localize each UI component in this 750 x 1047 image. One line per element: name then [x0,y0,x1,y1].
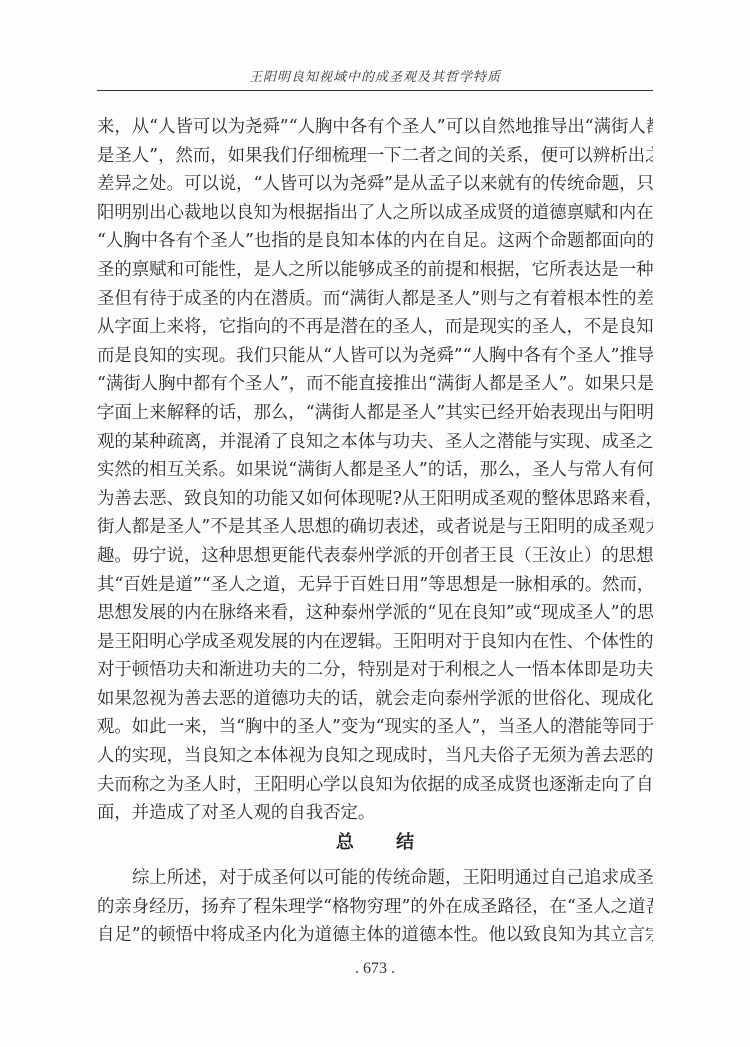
text-line: 街人都是圣人”不是其圣人思想的确切表述，或者说是与王阳明的成圣观大异其 [97,513,653,542]
text-line: 思想发展的内在脉络来看，这种泰州学派的“见在良知”或“现成圣人”的思想 [97,599,653,628]
page-number: . 673 . [0,960,750,978]
text-line: 对于顿悟功夫和渐进功夫的二分，特别是对于利根之人一悟本体即是功夫的褒奖， [97,656,653,685]
text-line: 差异之处。可以说，“人皆可以为尧舜”是从孟子以来就有的传统命题，只是王 [97,170,653,199]
text-line: 为善去恶、致良知的功能又如何体现呢?从王阳明成圣观的整体思路来看，“满 [97,485,653,514]
text-line: 其“百姓是道”“圣人之道，无异于百姓日用”等思想是一脉相承的。然而，从 [97,571,653,600]
text-line: 观。如此一来，当“胸中的圣人”变为“现实的圣人”，当圣人的潜能等同于圣 [97,713,653,742]
text-line: 来，从“人皆可以为尧舜”“人胸中各有个圣人”可以自然地推导出“满街人都 [97,113,653,142]
text-line: 从字面上来将，它指向的不再是潜在的圣人，而是现实的圣人，不是良知潜能， [97,313,653,342]
paragraph-1: 来，从“人皆可以为尧舜”“人胸中各有个圣人”可以自然地推导出“满街人都 是圣人”… [97,113,653,828]
text-line: 是王阳明心学成圣观发展的内在逻辑。王阳明对于良知内在性、个体性的强调， [97,628,653,657]
text-line: 的亲身经历，扬弃了程朱理学“格物穷理”的外在成圣路径，在“圣人之道吾性 [97,893,653,922]
text-line: 阳明别出心裁地以良知为根据指出了人之所以成圣成贤的道德禀赋和内在本质， [97,199,653,228]
text-line: 观的某种疏离，并混淆了良知之本体与功夫、圣人之潜能与实现、成圣之应然与 [97,428,653,457]
paragraph-2: 综上所述，对于成圣何以可能的传统命题，王阳明通过自己追求成圣成贤 的亲身经历，扬… [97,864,653,950]
header-rule [97,90,653,91]
document-page: 王阳明良知视域中的成圣观及其哲学特质 来，从“人皆可以为尧舜”“人胸中各有个圣人… [0,0,750,1047]
text-line: 实然的相互关系。如果说“满街人都是圣人”的话，那么，圣人与常人有何差别? [97,456,653,485]
text-line: 人的实现，当良知之本体视为良知之现成时，当凡夫俗子无须为善去恶的道德功 [97,742,653,771]
text-line: “满街人胸中都有个圣人”，而不能直接推出“满街人都是圣人”。如果只是从 [97,370,653,399]
text-line: 圣的禀赋和可能性，是人之所以能够成圣的前提和根据，它所表达是一种指向成 [97,256,653,285]
text-line: 自足”的顿悟中将成圣内化为道德主体的道德本性。他以致良知为其立言宗旨， [97,921,653,950]
text-line: 而是良知的实现。我们只能从“人皆可以为尧舜”“人胸中各有个圣人”推导出 [97,342,653,371]
section-heading: 总 结 [97,828,653,854]
running-head: 王阳明良知视域中的成圣观及其哲学特质 [97,66,653,85]
text-line: 如果忽视为善去恶的道德功夫的话，就会走向泰州学派的世俗化、现成化的圣人 [97,685,653,714]
text-line: 圣但有待于成圣的内在潜质。而“满街人都是圣人”则与之有着根本性的差异， [97,285,653,314]
text-line: 字面上来解释的话，那么，“满街人都是圣人”其实已经开始表现出与阳明圣人 [97,399,653,428]
text-line: 夫而称之为圣人时，王阳明心学以良知为依据的成圣成贤也逐渐走向了自己的反 [97,771,653,800]
text-line: 面，并造成了对圣人观的自我否定。 [97,799,653,828]
text-line: “人胸中各有个圣人”也指的是良知本体的内在自足。这两个命题都面向的是成 [97,227,653,256]
text-line: 综上所述，对于成圣何以可能的传统命题，王阳明通过自己追求成圣成贤 [97,864,653,893]
text-line: 是圣人”，然而，如果我们仔细梳理一下二者之间的关系，便可以辨析出之间的 [97,142,653,171]
text-line: 趣。毋宁说，这种思想更能代表泰州学派的开创者王艮（王汝止）的思想。这与 [97,542,653,571]
